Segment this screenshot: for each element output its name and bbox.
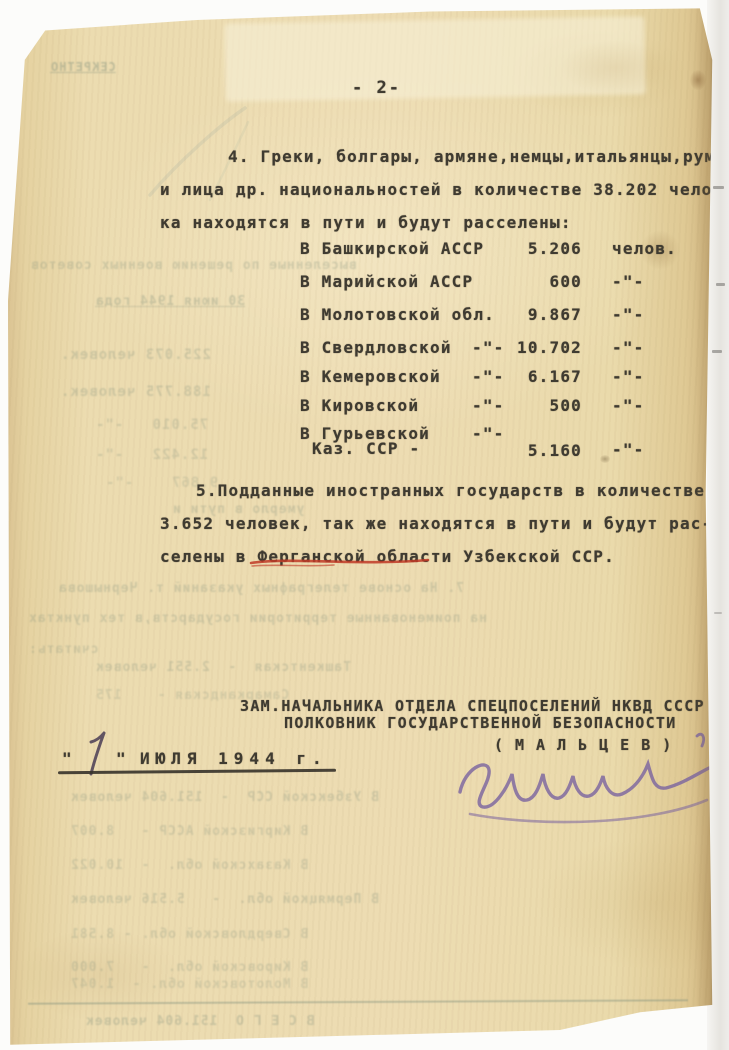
paragraph-4-line: 4. Греки, болгары, армяне,немцы,итальянц… — [228, 140, 729, 173]
bleedthrough-line: Ташкентская - 2.551 человек — [95, 660, 351, 675]
table-row: В Кемеровской-"-6.167-"- — [300, 360, 729, 382]
bleedthrough-line: В Киргизской АССР - 8.007 — [70, 824, 308, 839]
table-cell: В Марийской АССР — [300, 265, 473, 298]
table-cell: челов. — [612, 232, 677, 265]
paragraph-4-line: и лица др. национальностей в количестве … — [160, 173, 729, 206]
bleedthrough-line: 188.775 человек. — [60, 384, 211, 400]
red-underline-mark — [248, 554, 433, 570]
table-row: В Свердловской-"-10.702-"- — [300, 331, 729, 353]
table-row: В Гурьевской-"-Каз. ССР -5.160-"- — [300, 417, 729, 439]
table-row: В Кировской-"-500-"- — [300, 389, 729, 411]
table-cell: Каз. ССР - — [312, 432, 420, 465]
bleedthrough-line: 7. На основе телеграфных указаний т. Чер… — [58, 581, 464, 596]
bleedthrough-line: В С Е Г О 151.604 человек — [85, 1014, 315, 1029]
bleedthrough-line: В Свердловской обл. - 8.581 — [70, 927, 308, 942]
bleedthrough-line: 225.073 человек. — [60, 347, 211, 363]
quote-mark: " — [62, 742, 73, 775]
bleedthrough-line: В Кировской обл. - 7.000 — [70, 960, 308, 975]
table-row: В Башкирской АССР5.206челов. — [300, 232, 729, 254]
signer-title-line: ЗАМ.НАЧАЛЬНИКА ОТДЕЛА СПЕЦПОСЕЛЕНИЙ НКВД… — [240, 698, 705, 715]
table-cell: -"- — [612, 433, 645, 466]
table-row: В Молотовской обл.9.867-"- — [300, 298, 729, 320]
resettlement-table: В Башкирской АССР5.206челов.В Марийской … — [300, 228, 729, 468]
bleedthrough-line: В Узбекской ССР - 151.604 человек — [70, 790, 379, 805]
paragraph-5-line: 5.Подданные иностранных государств в кол… — [196, 474, 705, 507]
table-cell: -"- — [612, 298, 645, 331]
table-cell: В Башкирской АССР — [300, 232, 484, 265]
bleedthrough-line: В Пермяцкой обл. - 5.516 человек — [70, 892, 379, 907]
bleedthrough-line: на поименованные территории государств,в… — [28, 611, 487, 626]
table-cell: 600 — [490, 265, 582, 298]
signature-ink — [425, 730, 729, 825]
bleedthrough-line: 12.422 -"- — [95, 447, 208, 463]
table-cell: 9.867 — [490, 298, 582, 331]
table-cell: 5.160 — [490, 434, 582, 467]
table-cell: 5.206 — [490, 232, 582, 265]
page-number: - 2- — [352, 72, 401, 105]
tape-patch — [224, 16, 645, 101]
bleedthrough-line: 75.010 -"- — [95, 417, 208, 433]
table-cell: -"- — [612, 265, 645, 298]
table-row: В Марийской АССР600-"- — [300, 265, 729, 287]
table-cell: В Молотовской обл. — [300, 298, 495, 331]
bleedthrough-line: В Казахской обл. - 10.022 — [70, 858, 308, 873]
bleedthrough-line: считать: — [28, 642, 99, 657]
bleedthrough-line: В Молотовской обл. - 1.047 — [70, 977, 308, 992]
document-page: СЕКРЕТНОвыселенные по решению военных со… — [0, 0, 729, 1050]
paragraph-5-line: 3.652 человек, так же находятся в пути и… — [160, 507, 712, 540]
bleedthrough-line: СЕКРЕТНО — [50, 60, 116, 74]
bleedthrough-line: 30 июня 1944 года — [95, 294, 245, 309]
